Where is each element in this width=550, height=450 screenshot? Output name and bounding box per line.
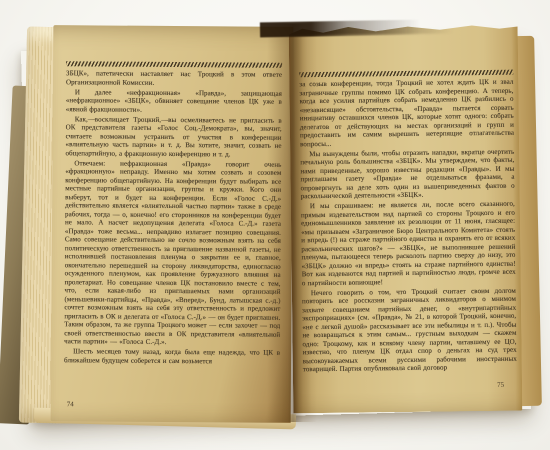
left-page: ЗБЦК», патетически наставляет нас Троцки… [51, 25, 294, 423]
right-page: за созыв конференции, тогда Троцкий не х… [289, 23, 523, 414]
right-page-text: за созыв конференции, тогда Троцкий не х… [299, 78, 517, 374]
paragraph: Отвечаем: нефракционная «Правда» говорит… [64, 159, 281, 348]
paragraph: И далее «нефракционная» «Правда», защища… [66, 88, 282, 115]
ornament-rule-right [299, 70, 513, 78]
left-page-number: 74 [67, 400, 74, 408]
paragraph: И мы спрашиваем: не является ли, после в… [301, 200, 516, 288]
paragraph: Мы вынуждены были, чтобы отразить нападк… [300, 147, 515, 201]
spine-top-shadow [260, 20, 420, 38]
open-book: ЗБЦК», патетически наставляет нас Троцки… [0, 0, 550, 450]
right-page-number: 75 [497, 381, 504, 389]
paragraph: Шесть месяцев тому назад, когда была еще… [64, 347, 280, 366]
paragraph: ЗБЦК», патетически наставляет нас Троцки… [66, 69, 282, 88]
ornament-rule-left [66, 61, 282, 68]
photo-backdrop: ЗБЦК», патетически наставляет нас Троцки… [0, 0, 550, 450]
paragraph: за созыв конференции, тогда Троцкий не х… [299, 78, 514, 149]
paragraph: Нечего говорить о том, что Троцкий счита… [302, 286, 517, 374]
paragraph: Как,—восклицает Троцкий,—вы осмеливаетес… [65, 115, 281, 159]
left-page-text: ЗБЦК», патетически наставляет нас Троцки… [64, 69, 282, 366]
